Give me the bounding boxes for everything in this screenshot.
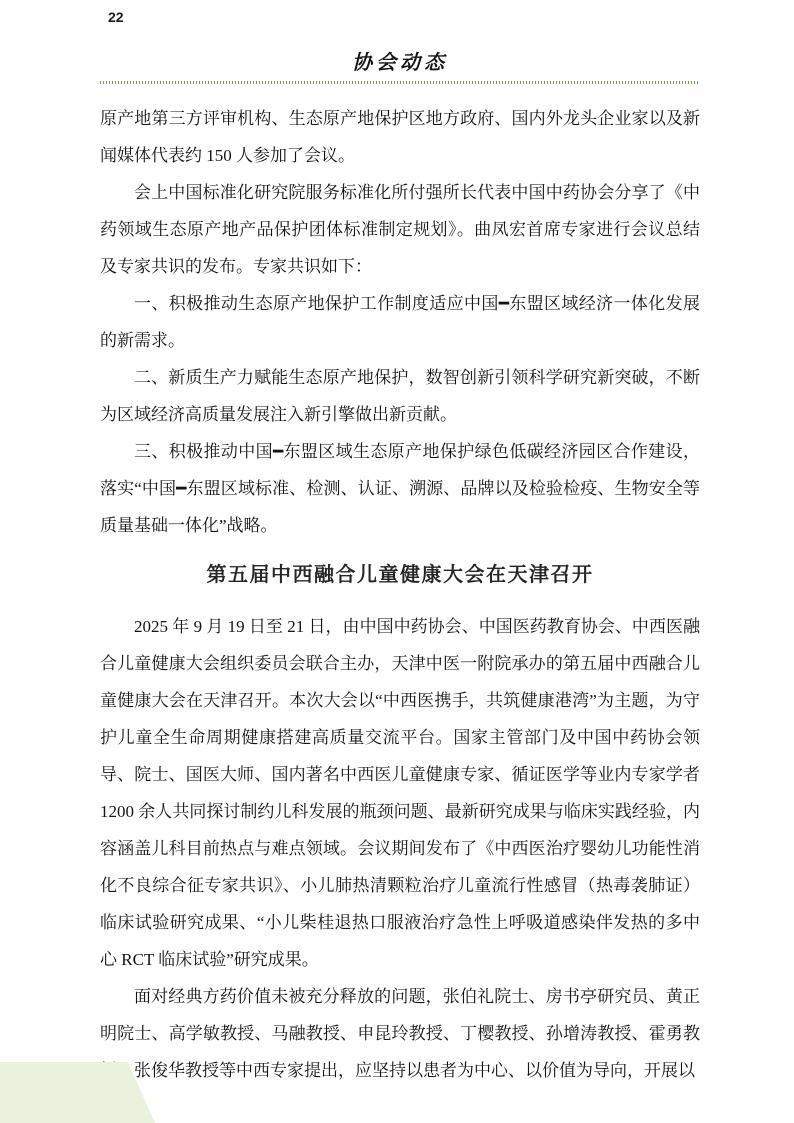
paragraph: 一、积极推动生态原产地保护工作制度适应中国━东盟区域经济一体化发展的新需求。 [100,285,700,359]
page-header: 协会动态 [100,50,700,84]
section-title: 第五届中西融合儿童健康大会在天津召开 [100,559,700,591]
article-children-health-conference: 2025 年 9 月 19 日至 21 日，由中国中药协会、中国医药教育协会、中… [100,608,700,1089]
paragraph: 原产地第三方评审机构、生态原产地保护区地方政府、国内外龙头企业家以及新闻媒体代表… [100,100,700,174]
paragraph: 三、积极推动中国━东盟区域生态原产地保护绿色低碳经济园区合作建设，落实“中国━东… [100,433,700,544]
page-number-tab [0,1062,155,1123]
page-header-title: 协会动态 [352,50,448,76]
paragraph: 面对经典方药价值未被充分释放的问题，张伯礼院士、房书亭研究员、黄正明院士、高学敏… [100,978,700,1089]
document-page: 协会动态 原产地第三方评审机构、生态原产地保护区地方政府、国内外龙头企业家以及新… [0,0,794,1123]
paragraph: 二、新质生产力赋能生态原产地保护，数智创新引领科学研究新突破，不断为区域经济高质… [100,359,700,433]
paragraph: 会上中国标准化研究院服务标准化所付强所长代表中国中药协会分享了《中药领域生态原产… [100,174,700,285]
paragraph: 2025 年 9 月 19 日至 21 日，由中国中药协会、中国医药教育协会、中… [100,608,700,978]
article-ecology-origin: 原产地第三方评审机构、生态原产地保护区地方政府、国内外龙头企业家以及新闻媒体代表… [100,100,700,544]
page-number: 22 [108,9,124,25]
content-column: 协会动态 原产地第三方评审机构、生态原产地保护区地方政府、国内外龙头企业家以及新… [100,50,700,1089]
header-dotted-rule [100,81,700,84]
